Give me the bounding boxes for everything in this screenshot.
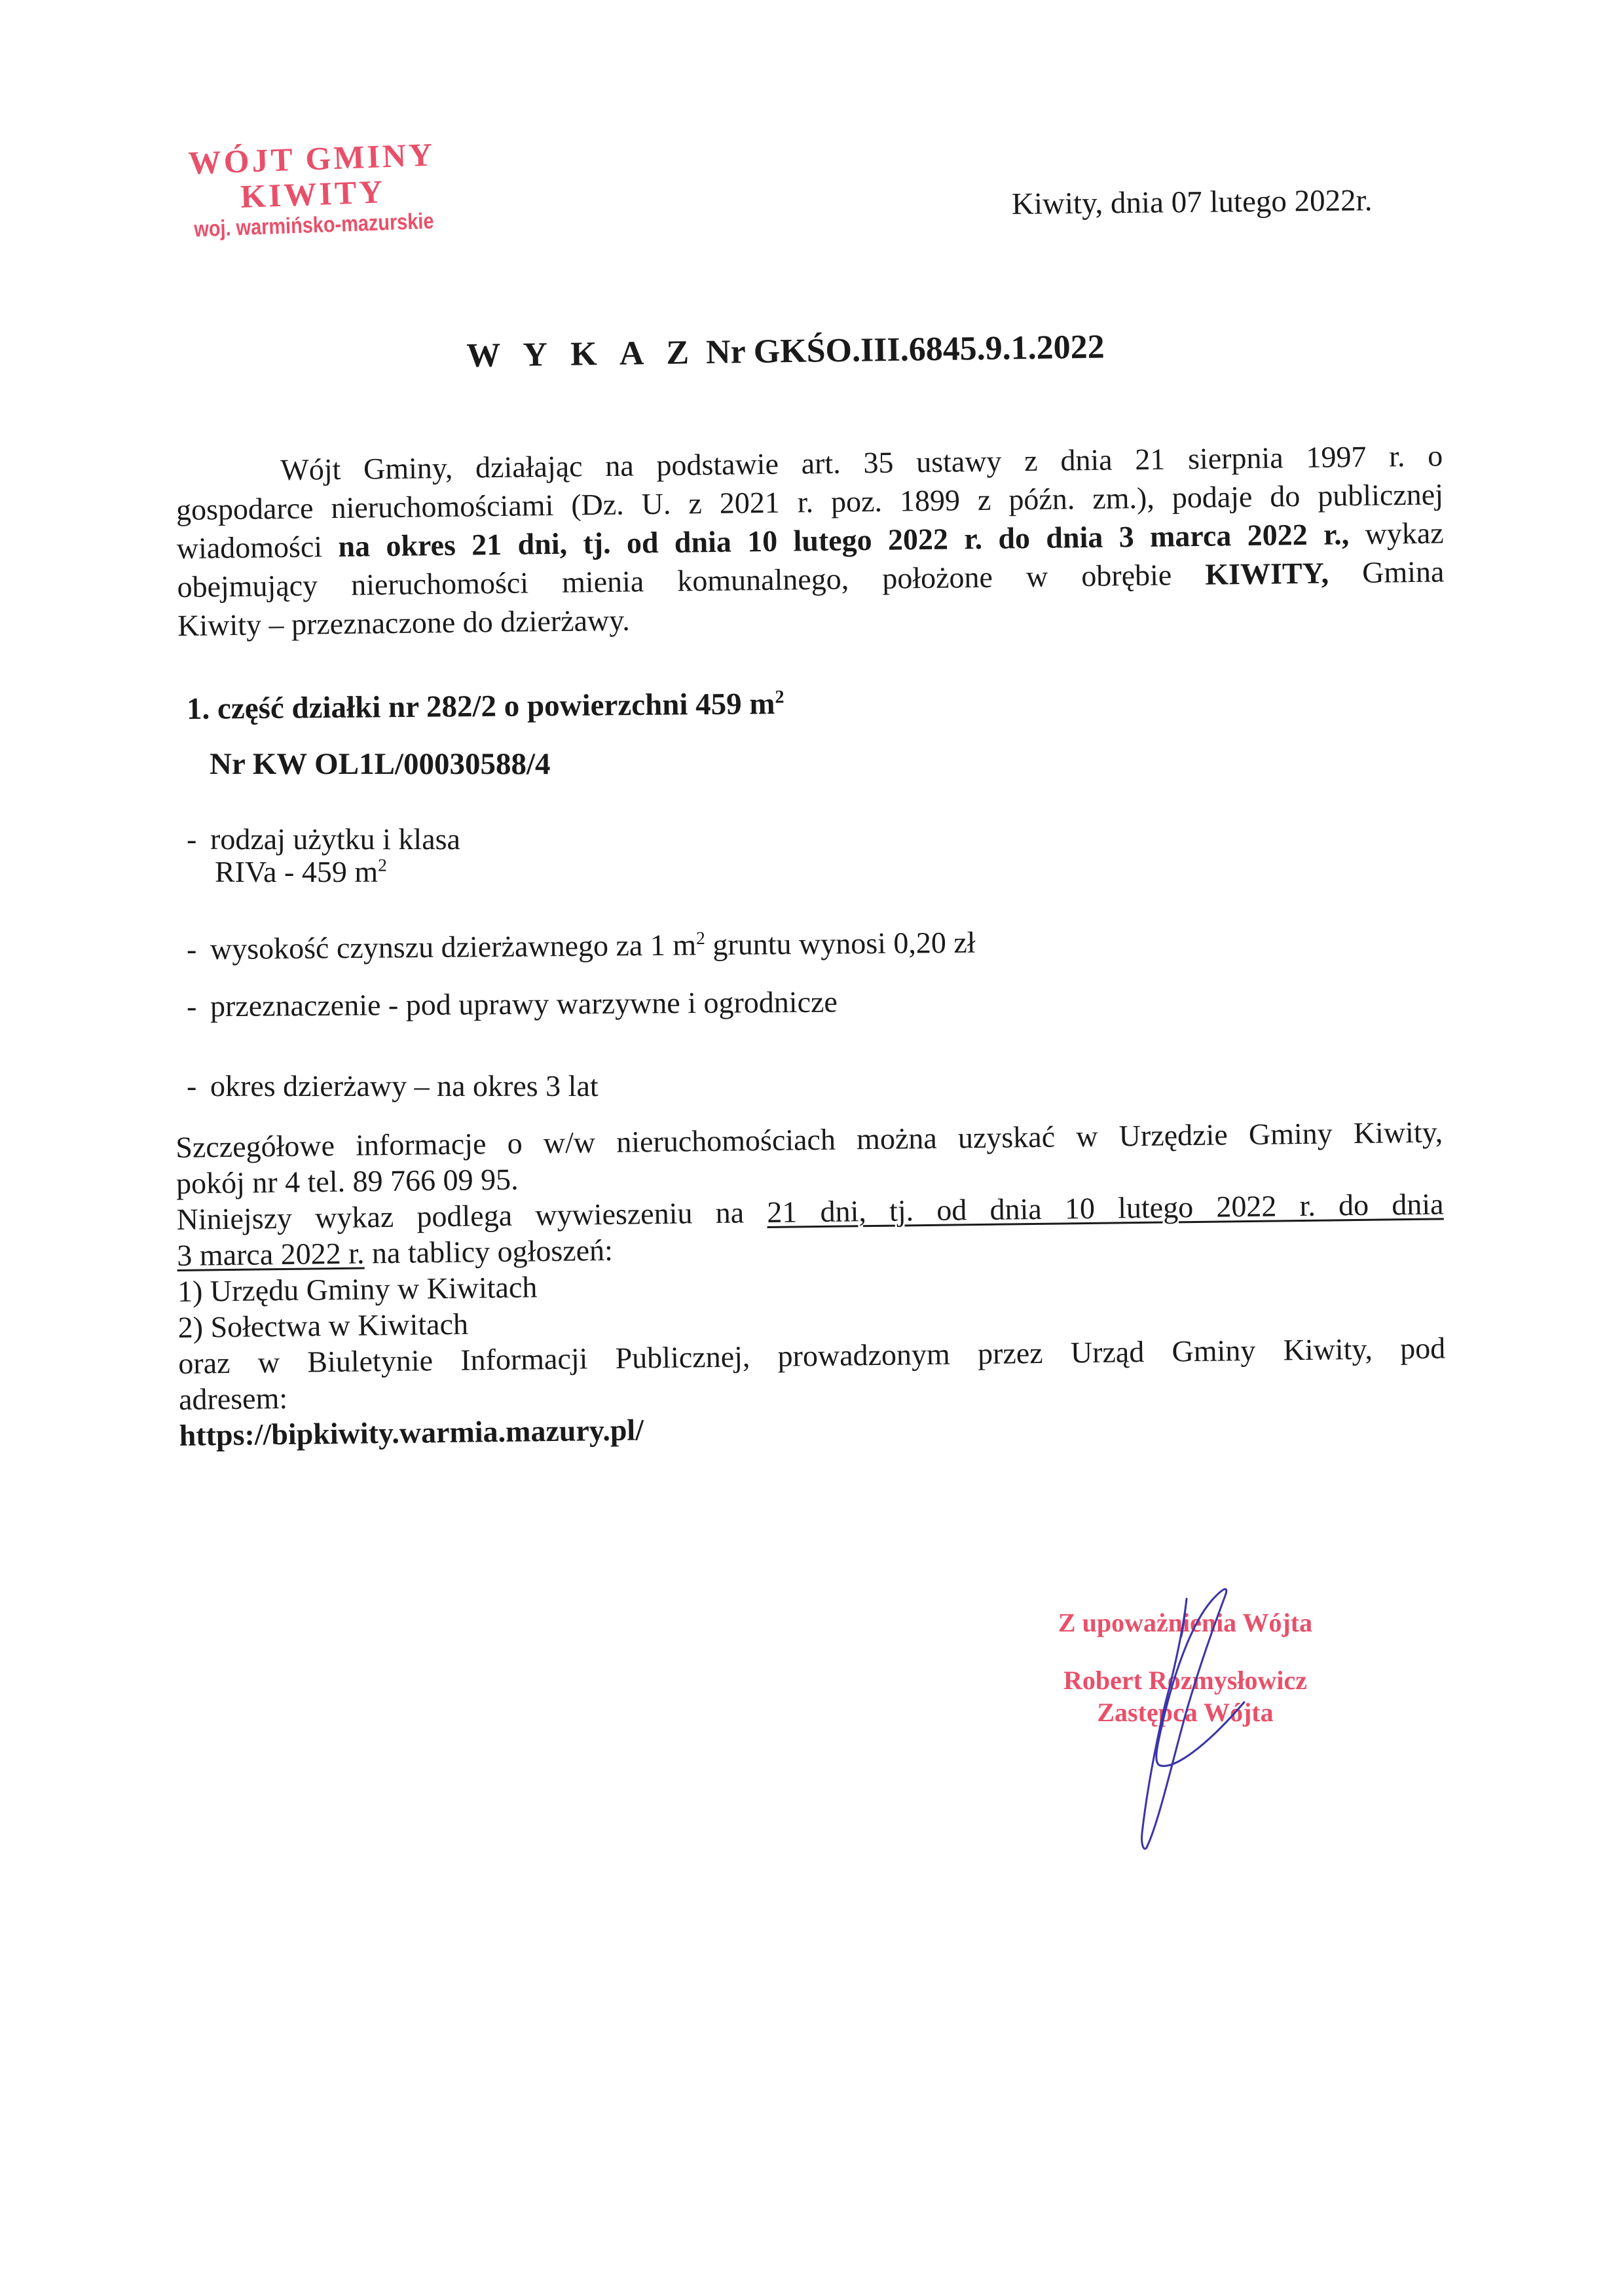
superscript: 2 — [696, 928, 705, 948]
posting-period-end: 3 marca 2022 r. — [177, 1236, 365, 1271]
bullet-dash: - — [187, 989, 210, 1023]
intro-text: wykaz — [1349, 516, 1444, 551]
posting-period: 21 dni, tj. od dnia 10 lutego 2022 r. do… — [767, 1187, 1444, 1229]
bullet-dash: - — [187, 1068, 210, 1103]
rent-text: wysokość czynszu dzierżawnego za 1 m — [210, 928, 697, 965]
rent-text: gruntu wynosi 0,20 zł — [705, 926, 976, 962]
details-paragraph: Szczegółowe informacje o w/w nieruchomoś… — [175, 1114, 1447, 1453]
purpose-text: przeznaczenie - pod uprawy warzywne i og… — [210, 985, 838, 1023]
title-number: Nr GKŚO.III.6845.9.1.2022 — [706, 328, 1105, 371]
land-use-class: RIVa - 459 m — [215, 855, 378, 888]
land-use-label: rodzaj użytku i klasa — [210, 822, 460, 856]
details-text: na tablicy ogłoszeń: — [364, 1233, 613, 1270]
superscript: 2 — [775, 687, 784, 707]
title-prefix: W Y K A Z — [466, 334, 697, 374]
intro-text: wiadomości — [176, 530, 338, 565]
document-date: Kiwity, dnia 07 lutego 2022r. — [1012, 183, 1373, 222]
land-register-number: Nr KW OL1L/00030588/4 — [210, 746, 551, 782]
bullet-purpose: -przeznaczenie - pod uprawy warzywne i o… — [187, 985, 838, 1024]
precinct-name: KIWITY, — [1205, 556, 1329, 591]
bullet-period: -okres dzierżawy – na okres 3 lat — [187, 1068, 599, 1103]
period-text: okres dzierżawy – na okres 3 lat — [210, 1069, 599, 1102]
land-use-value: RIVa - 459 m2 — [215, 854, 387, 889]
parcel-heading-text: 1. część działki nr 282/2 o powierzchni … — [187, 687, 775, 726]
bullet-dash: - — [187, 822, 210, 856]
parcel-heading: 1. część działki nr 282/2 o powierzchni … — [187, 686, 784, 727]
details-text: Niniejszy wykaz podlega wywieszeniu na — [176, 1195, 767, 1236]
office-stamp: WÓJT GMINY KIWITY woj. warmińsko-mazursk… — [164, 135, 462, 245]
superscript: 2 — [378, 855, 387, 875]
handwritten-signature-icon — [1113, 1571, 1283, 1859]
document-title: W Y K A ZNr GKŚO.III.6845.9.1.2022 — [466, 327, 1105, 375]
intro-text: Gmina — [1329, 555, 1445, 589]
bullet-land-use: -rodzaj użytku i klasa — [187, 822, 460, 856]
intro-paragraph: Wójt Gminy, działając na podstawie art. … — [175, 436, 1445, 645]
bullet-dash: - — [187, 932, 210, 966]
bullet-rent: -wysokość czynszu dzierżawnego za 1 m2 g… — [187, 925, 976, 967]
